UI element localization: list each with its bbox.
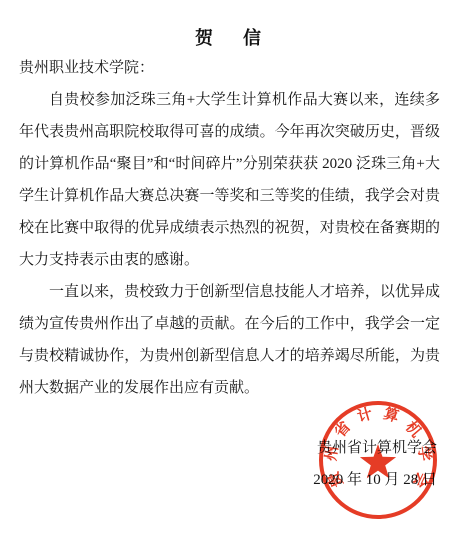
signature-organization: 贵州省计算机学会 [313, 432, 437, 464]
signature-block: 贵州省计算机学会 2020 年 10 月 28 日 [313, 432, 437, 496]
signature-date: 2020 年 10 月 28 日 [313, 464, 437, 496]
letter-body: 贵州职业技术学院： 自贵校参加泛珠三角+大学生计算机作品大赛以来，连续多年代表贵… [19, 52, 440, 404]
letter-paragraph-1: 自贵校参加泛珠三角+大学生计算机作品大赛以来，连续多年代表贵州高职院校取得可喜的… [19, 84, 440, 276]
letter-paragraph-2: 一直以来，贵校致力于创新型信息技能人才培养，以优异成绩为宣传贵州作出了卓越的贡献… [19, 276, 440, 404]
letter-greeting: 贵州职业技术学院： [19, 52, 440, 84]
letter-title: 贺 信 [0, 24, 462, 50]
letter-page: 贺 信 贵州职业技术学院： 自贵校参加泛珠三角+大学生计算机作品大赛以来，连续多… [0, 0, 462, 543]
